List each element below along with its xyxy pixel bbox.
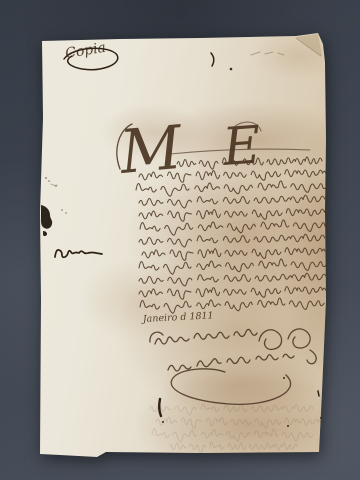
paper-sheet bbox=[0, 0, 360, 480]
paper-surface bbox=[0, 0, 360, 480]
photo-background: Copia M E bbox=[0, 0, 360, 480]
